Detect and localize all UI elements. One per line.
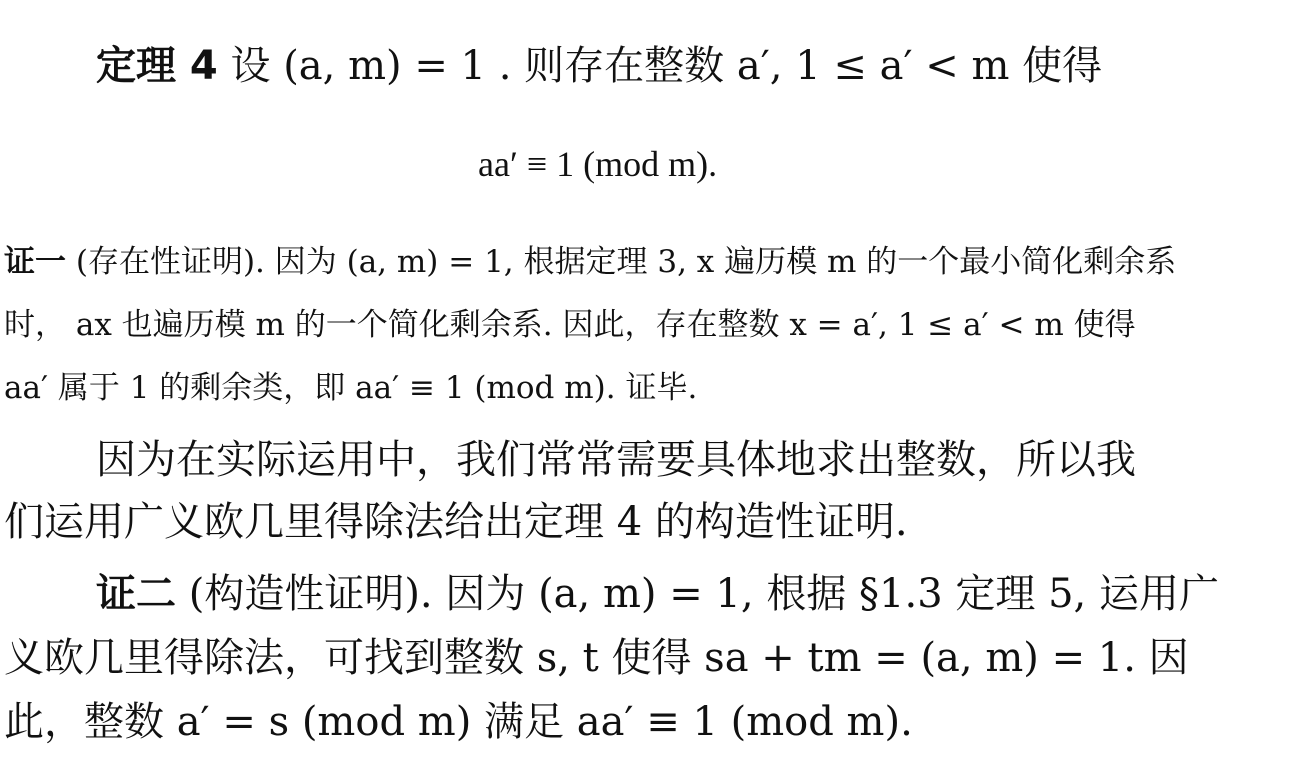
proof-two-text: (构造性证明). 因为 (a, m) = 1, 根据 §1.3 定理 5, 运用… [189,571,1219,617]
proof-two-line-2: 义欧几里得除法，可找到整数 s, t 使得 sa + tm = (a, m) =… [4,638,1189,678]
proof-one-label: 证一 [4,244,66,280]
proof-one-line-1: 证一 (存在性证明). 因为 (a, m) = 1, 根据定理 3, x 遍历模… [4,247,1176,278]
theorem-statement: 定理 4 设 (a, m) = 1 . 则存在整数 a′, 1 ≤ a′ < m… [96,46,1102,86]
proof-one-line-2: 时， ax 也遍历模 m 的一个简化剩余系. 因此，存在整数 x = a′, 1… [4,310,1136,341]
proof-one-text: (存在性证明). 因为 (a, m) = 1, 根据定理 3, x 遍历模 m … [76,244,1176,280]
theorem-text: 设 (a, m) = 1 . 则存在整数 a′, 1 ≤ a′ < m 使得 [230,43,1102,89]
remark-line-2: 们运用广义欧几里得除法给出定理 4 的构造性证明. [4,502,908,542]
proof-two-label: 证二 [96,571,176,617]
remark-line-1: 因为在实际运用中，我们常常需要具体地求出整数，所以我 [96,440,1136,480]
theorem-label: 定理 4 [96,43,218,89]
proof-one-line-3: aa′ 属于 1 的剩余类，即 aa′ ≡ 1 (mod m). 证毕. [4,373,697,404]
proof-two-line-1: 证二 (构造性证明). 因为 (a, m) = 1, 根据 §1.3 定理 5,… [96,574,1219,614]
display-equation: aa′ ≡ 1 (mod m). [478,146,717,182]
proof-two-line-3: 此，整数 a′ = s (mod m) 满足 aa′ ≡ 1 (mod m). [4,702,913,742]
